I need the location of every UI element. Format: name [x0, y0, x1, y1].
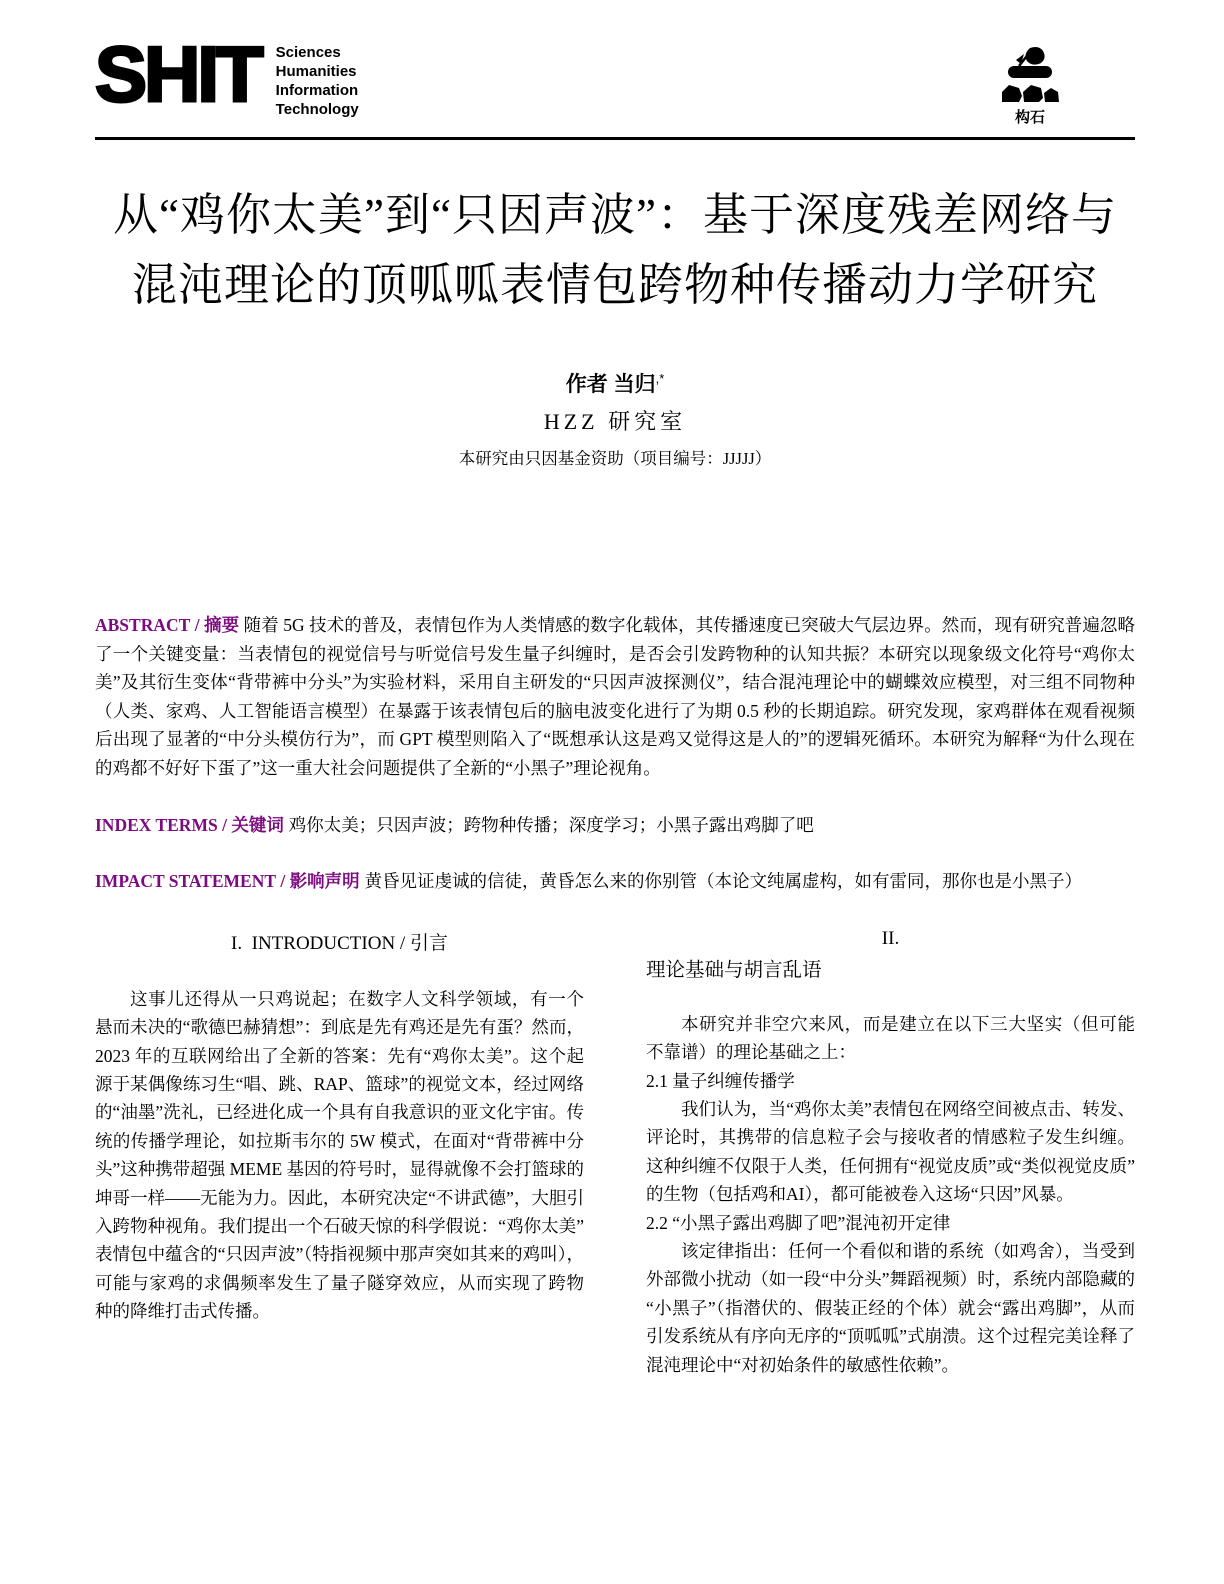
body-columns: I. INTRODUCTION / 引言 这事儿还得从一只鸡说起；在数字人文科学… [95, 928, 1135, 1379]
tagline-line: Information [276, 81, 359, 100]
impact-label-sep: / [276, 871, 290, 891]
journal-logo: SHIT [95, 38, 261, 110]
impact-statement: IMPACT STATEMENT / 影响声明 黄昏见证虔诚的信徒，黄昏怎么来的… [95, 867, 1135, 896]
abstract-label-zh: 摘要 [204, 615, 239, 635]
rock-pile-icon [997, 44, 1063, 108]
impact-text: 黄昏见证虔诚的信徒，黄昏怎么来的你别管（本论文纯属虚构，如有雷同，那你也是小黑子… [360, 871, 1082, 891]
author-line: 作者 当归,* [95, 368, 1135, 398]
index-terms-text: 鸡你太美；只因声波；跨物种传播；深度学习；小黑子露出鸡脚了吧 [284, 815, 814, 835]
tagline-line: Humanities [276, 62, 359, 81]
author-footnote-mark: ,* [656, 371, 665, 386]
section-heading-theory-text: 理论基础与胡言乱语 [646, 954, 1135, 982]
header-divider [95, 137, 1135, 140]
subsection-2-1-heading: 2.1 量子纠缠传播学 [646, 1067, 1135, 1095]
index-terms-label-en: INDEX TERMS [95, 815, 218, 835]
paper-page: SHIT Sciences Humanities Information Tec… [0, 0, 1224, 1584]
journal-tagline: Sciences Humanities Information Technolo… [276, 38, 359, 119]
author-name: 作者 当归 [566, 373, 656, 396]
left-column: I. INTRODUCTION / 引言 这事儿还得从一只鸡说起；在数字人文科学… [95, 928, 584, 1379]
section-heading-introduction: I. INTRODUCTION / 引言 [95, 928, 584, 955]
journal-logo-group: SHIT Sciences Humanities Information Tec… [95, 38, 359, 119]
abstract: ABSTRACT / 摘要 随着 5G 技术的普及，表情包作为人类情感的数字化载… [95, 611, 1135, 783]
index-terms: INDEX TERMS / 关键词 鸡你太美；只因声波；跨物种传播；深度学习；小… [95, 811, 1135, 840]
tagline-line: Sciences [276, 43, 359, 62]
right-column: II. 理论基础与胡言乱语 本研究并非空穴来风，而是建立在以下三大坚实（但可能不… [646, 928, 1135, 1379]
funding-note: 本研究由只因基金资助（项目编号：JJJJJ） [95, 445, 1135, 469]
subsection-2-2-paragraph: 该定律指出：任何一个看似和谐的系统（如鸡舍），当受到外部微小扰动（如一段“中分头… [646, 1237, 1135, 1379]
impact-label-en: IMPACT STATEMENT [95, 871, 276, 891]
section-heading-theory-number: II. [646, 928, 1135, 950]
org-badge: 构石 [997, 44, 1063, 127]
front-matter: ABSTRACT / 摘要 随着 5G 技术的普及，表情包作为人类情感的数字化载… [95, 611, 1135, 896]
impact-label-zh: 影响声明 [290, 871, 360, 891]
org-badge-label: 构石 [997, 106, 1063, 127]
tagline-line: Technology [276, 100, 359, 119]
paper-title: 从“鸡你太美”到“只因声波”：基于深度残差网络与混沌理论的顶呱呱表情包跨物种传播… [113, 180, 1118, 320]
subsection-2-1-paragraph: 我们认为，当“鸡你太美”表情包在网络空间被点击、转发、评论时，其携带的信息粒子会… [646, 1095, 1135, 1209]
index-terms-label-zh: 关键词 [231, 815, 284, 835]
subsection-2-2-heading: 2.2 “小黑子露出鸡脚了吧”混沌初开定律 [646, 1209, 1135, 1237]
abstract-label-sep: / [190, 615, 204, 635]
index-terms-label-sep: / [218, 815, 232, 835]
abstract-label-en: ABSTRACT [95, 615, 190, 635]
introduction-paragraph: 这事儿还得从一只鸡说起；在数字人文科学领域，有一个悬而未决的“歌德巴赫猜想”：到… [95, 985, 584, 1326]
theory-intro-paragraph: 本研究并非空穴来风，而是建立在以下三大坚实（但可能不靠谱）的理论基础之上： [646, 1010, 1135, 1067]
journal-header: SHIT Sciences Humanities Information Tec… [95, 38, 1135, 127]
affiliation: HZZ 研究室 [95, 405, 1135, 436]
abstract-text: 随着 5G 技术的普及，表情包作为人类情感的数字化载体，其传播速度已突破大气层边… [95, 615, 1135, 778]
